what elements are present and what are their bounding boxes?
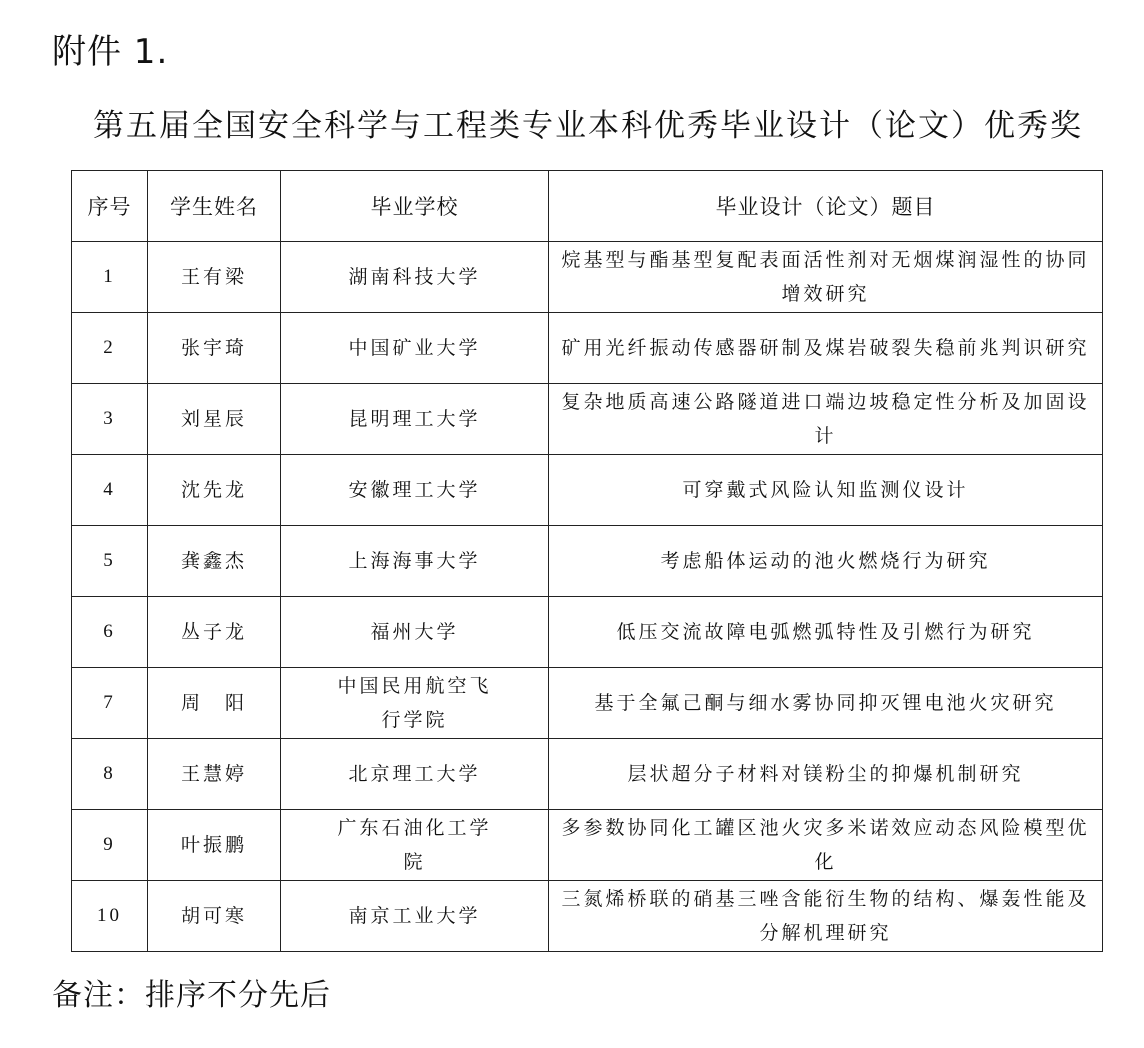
- cell-serial-number: 3: [72, 384, 148, 455]
- table-row: 2 张宇琦 中国矿业大学 矿用光纤振动传感器研制及煤岩破裂失稳前兆判识研究: [72, 313, 1103, 384]
- table-row: 1 王有梁 湖南科技大学 烷基型与酯基型复配表面活性剂对无烟煤润湿性的协同增效研…: [72, 242, 1103, 313]
- attachment-label: 附件 1.: [52, 30, 168, 74]
- cell-school: 昆明理工大学: [281, 384, 549, 455]
- cell-school: 中国矿业大学: [281, 313, 549, 384]
- cell-school: 北京理工大学: [281, 739, 549, 810]
- cell-serial-number: 1: [72, 242, 148, 313]
- cell-school: 广东石油化工学院: [281, 810, 549, 881]
- header-school: 毕业学校: [281, 171, 549, 242]
- cell-serial-number: 6: [72, 597, 148, 668]
- table-header-row: 序号 学生姓名 毕业学校 毕业设计（论文）题目: [72, 171, 1103, 242]
- cell-thesis-title: 复杂地质高速公路隧道进口端边坡稳定性分析及加固设计: [549, 384, 1103, 455]
- cell-serial-number: 4: [72, 455, 148, 526]
- table-row: 6 丛子龙 福州大学 低压交流故障电弧燃弧特性及引燃行为研究: [72, 597, 1103, 668]
- cell-thesis-title: 烷基型与酯基型复配表面活性剂对无烟煤润湿性的协同增效研究: [549, 242, 1103, 313]
- cell-student-name: 叶振鹏: [148, 810, 281, 881]
- cell-serial-number: 7: [72, 668, 148, 739]
- cell-school: 福州大学: [281, 597, 549, 668]
- cell-student-name: 沈先龙: [148, 455, 281, 526]
- cell-student-name: 胡可寒: [148, 881, 281, 952]
- table-row: 10 胡可寒 南京工业大学 三氮烯桥联的硝基三唑含能衍生物的结构、爆轰性能及分解…: [72, 881, 1103, 952]
- cell-thesis-title: 基于全氟己酮与细水雾协同抑灭锂电池火灾研究: [549, 668, 1103, 739]
- cell-serial-number: 10: [72, 881, 148, 952]
- cell-thesis-title: 考虑船体运动的池火燃烧行为研究: [549, 526, 1103, 597]
- cell-serial-number: 8: [72, 739, 148, 810]
- cell-thesis-title: 多参数协同化工罐区池火灾多米诺效应动态风险模型优化: [549, 810, 1103, 881]
- cell-student-name: 周 阳: [148, 668, 281, 739]
- cell-student-name: 龚鑫杰: [148, 526, 281, 597]
- cell-serial-number: 2: [72, 313, 148, 384]
- table-row: 3 刘星辰 昆明理工大学 复杂地质高速公路隧道进口端边坡稳定性分析及加固设计: [72, 384, 1103, 455]
- cell-school: 南京工业大学: [281, 881, 549, 952]
- document-title: 第五届全国安全科学与工程类专业本科优秀毕业设计（论文）优秀奖: [0, 104, 1144, 148]
- cell-student-name: 刘星辰: [148, 384, 281, 455]
- footnote: 备注：排序不分先后: [52, 974, 331, 1018]
- cell-school: 安徽理工大学: [281, 455, 549, 526]
- cell-serial-number: 9: [72, 810, 148, 881]
- cell-thesis-title: 三氮烯桥联的硝基三唑含能衍生物的结构、爆轰性能及分解机理研究: [549, 881, 1103, 952]
- table-row: 5 龚鑫杰 上海海事大学 考虑船体运动的池火燃烧行为研究: [72, 526, 1103, 597]
- table-row: 9 叶振鹏 广东石油化工学院 多参数协同化工罐区池火灾多米诺效应动态风险模型优化: [72, 810, 1103, 881]
- table-row: 7 周 阳 中国民用航空飞行学院 基于全氟己酮与细水雾协同抑灭锂电池火灾研究: [72, 668, 1103, 739]
- table-row: 8 王慧婷 北京理工大学 层状超分子材料对镁粉尘的抑爆机制研究: [72, 739, 1103, 810]
- table-row: 4 沈先龙 安徽理工大学 可穿戴式风险认知监测仪设计: [72, 455, 1103, 526]
- cell-thesis-title: 可穿戴式风险认知监测仪设计: [549, 455, 1103, 526]
- cell-thesis-title: 矿用光纤振动传感器研制及煤岩破裂失稳前兆判识研究: [549, 313, 1103, 384]
- header-thesis-title: 毕业设计（论文）题目: [549, 171, 1103, 242]
- cell-student-name: 王有梁: [148, 242, 281, 313]
- header-serial-number: 序号: [72, 171, 148, 242]
- cell-school: 湖南科技大学: [281, 242, 549, 313]
- header-student-name: 学生姓名: [148, 171, 281, 242]
- cell-thesis-title: 低压交流故障电弧燃弧特性及引燃行为研究: [549, 597, 1103, 668]
- cell-serial-number: 5: [72, 526, 148, 597]
- award-table: 序号 学生姓名 毕业学校 毕业设计（论文）题目 1 王有梁 湖南科技大学 烷基型…: [71, 170, 1103, 952]
- cell-school: 中国民用航空飞行学院: [281, 668, 549, 739]
- cell-student-name: 丛子龙: [148, 597, 281, 668]
- cell-student-name: 张宇琦: [148, 313, 281, 384]
- cell-student-name: 王慧婷: [148, 739, 281, 810]
- cell-thesis-title: 层状超分子材料对镁粉尘的抑爆机制研究: [549, 739, 1103, 810]
- cell-school: 上海海事大学: [281, 526, 549, 597]
